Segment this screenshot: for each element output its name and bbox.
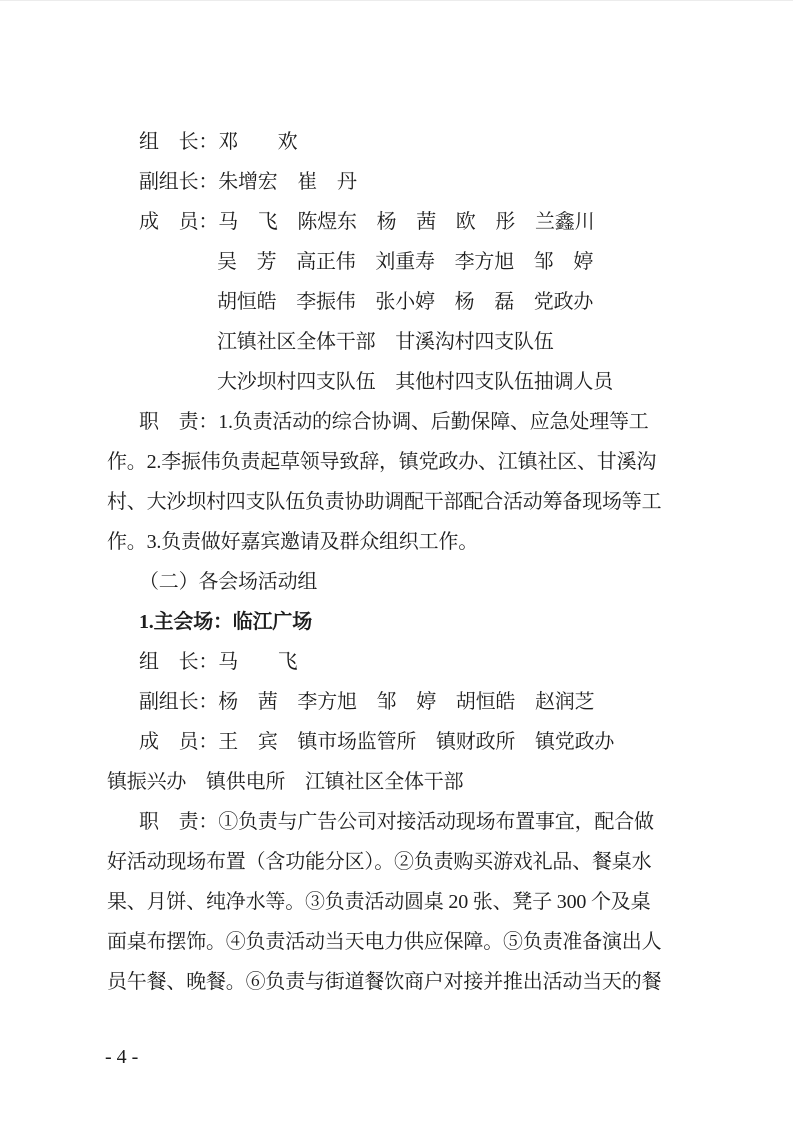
document-body: 组 长：邓 欢 副组长：朱增宏 崔 丹 成 员：马 飞 陈煜东 杨 茜 欧 彤 … [107, 122, 667, 1002]
line-group-members-2: 吴 芳 高正伟 刘重寿 李方旭 邹 婷 [107, 242, 667, 282]
line-group-duties-4: 作。3.负责做好嘉宾邀请及群众组织工作。 [107, 522, 667, 562]
line-venue-duties-5: 员午餐、晚餐。⑥负责与街道餐饮商户对接并推出活动当天的餐 [107, 962, 667, 1002]
document-page: 组 长：邓 欢 副组长：朱增宏 崔 丹 成 员：马 飞 陈煜东 杨 茜 欧 彤 … [0, 0, 793, 1123]
line-venue-members-1: 成 员：王 宾 镇市场监管所 镇财政所 镇党政办 [107, 722, 667, 762]
line-venue-leader: 组 长：马 飞 [107, 642, 667, 682]
line-venue-deputy-leaders: 副组长：杨 茜 李方旭 邹 婷 胡恒皓 赵润芝 [107, 682, 667, 722]
heading-venue-section: （二）各会场活动组 [107, 562, 667, 602]
line-group-duties-3: 村、大沙坝村四支队伍负责协助调配干部配合活动筹备现场等工 [107, 482, 667, 522]
line-group-members-3: 胡恒皓 李振伟 张小婷 杨 磊 党政办 [107, 282, 667, 322]
page-number: - 4 - [105, 1037, 138, 1077]
line-group-members-4: 江镇社区全体干部 甘溪沟村四支队伍 [107, 322, 667, 362]
line-group-deputy-leaders: 副组长：朱增宏 崔 丹 [107, 162, 667, 202]
line-group-leader: 组 长：邓 欢 [107, 122, 667, 162]
line-group-duties-1: 职 责：1.负责活动的综合协调、后勤保障、应急处理等工 [107, 402, 667, 442]
line-venue-duties-3: 果、月饼、纯净水等。③负责活动圆桌 20 张、凳子 300 个及桌 [107, 882, 667, 922]
line-venue-duties-4: 面桌布摆饰。④负责活动当天电力供应保障。⑤负责准备演出人 [107, 922, 667, 962]
line-group-members-1: 成 员：马 飞 陈煜东 杨 茜 欧 彤 兰鑫川 [107, 202, 667, 242]
line-group-duties-2: 作。2.李振伟负责起草领导致辞，镇党政办、江镇社区、甘溪沟 [107, 442, 667, 482]
heading-main-venue: 1.主会场：临江广场 [107, 602, 667, 642]
line-venue-duties-1: 职 责：①负责与广告公司对接活动现场布置事宜，配合做 [107, 802, 667, 842]
line-venue-duties-2: 好活动现场布置（含功能分区）。②负责购买游戏礼品、餐桌水 [107, 842, 667, 882]
line-venue-members-2: 镇振兴办 镇供电所 江镇社区全体干部 [107, 762, 667, 802]
line-group-members-5: 大沙坝村四支队伍 其他村四支队伍抽调人员 [107, 362, 667, 402]
